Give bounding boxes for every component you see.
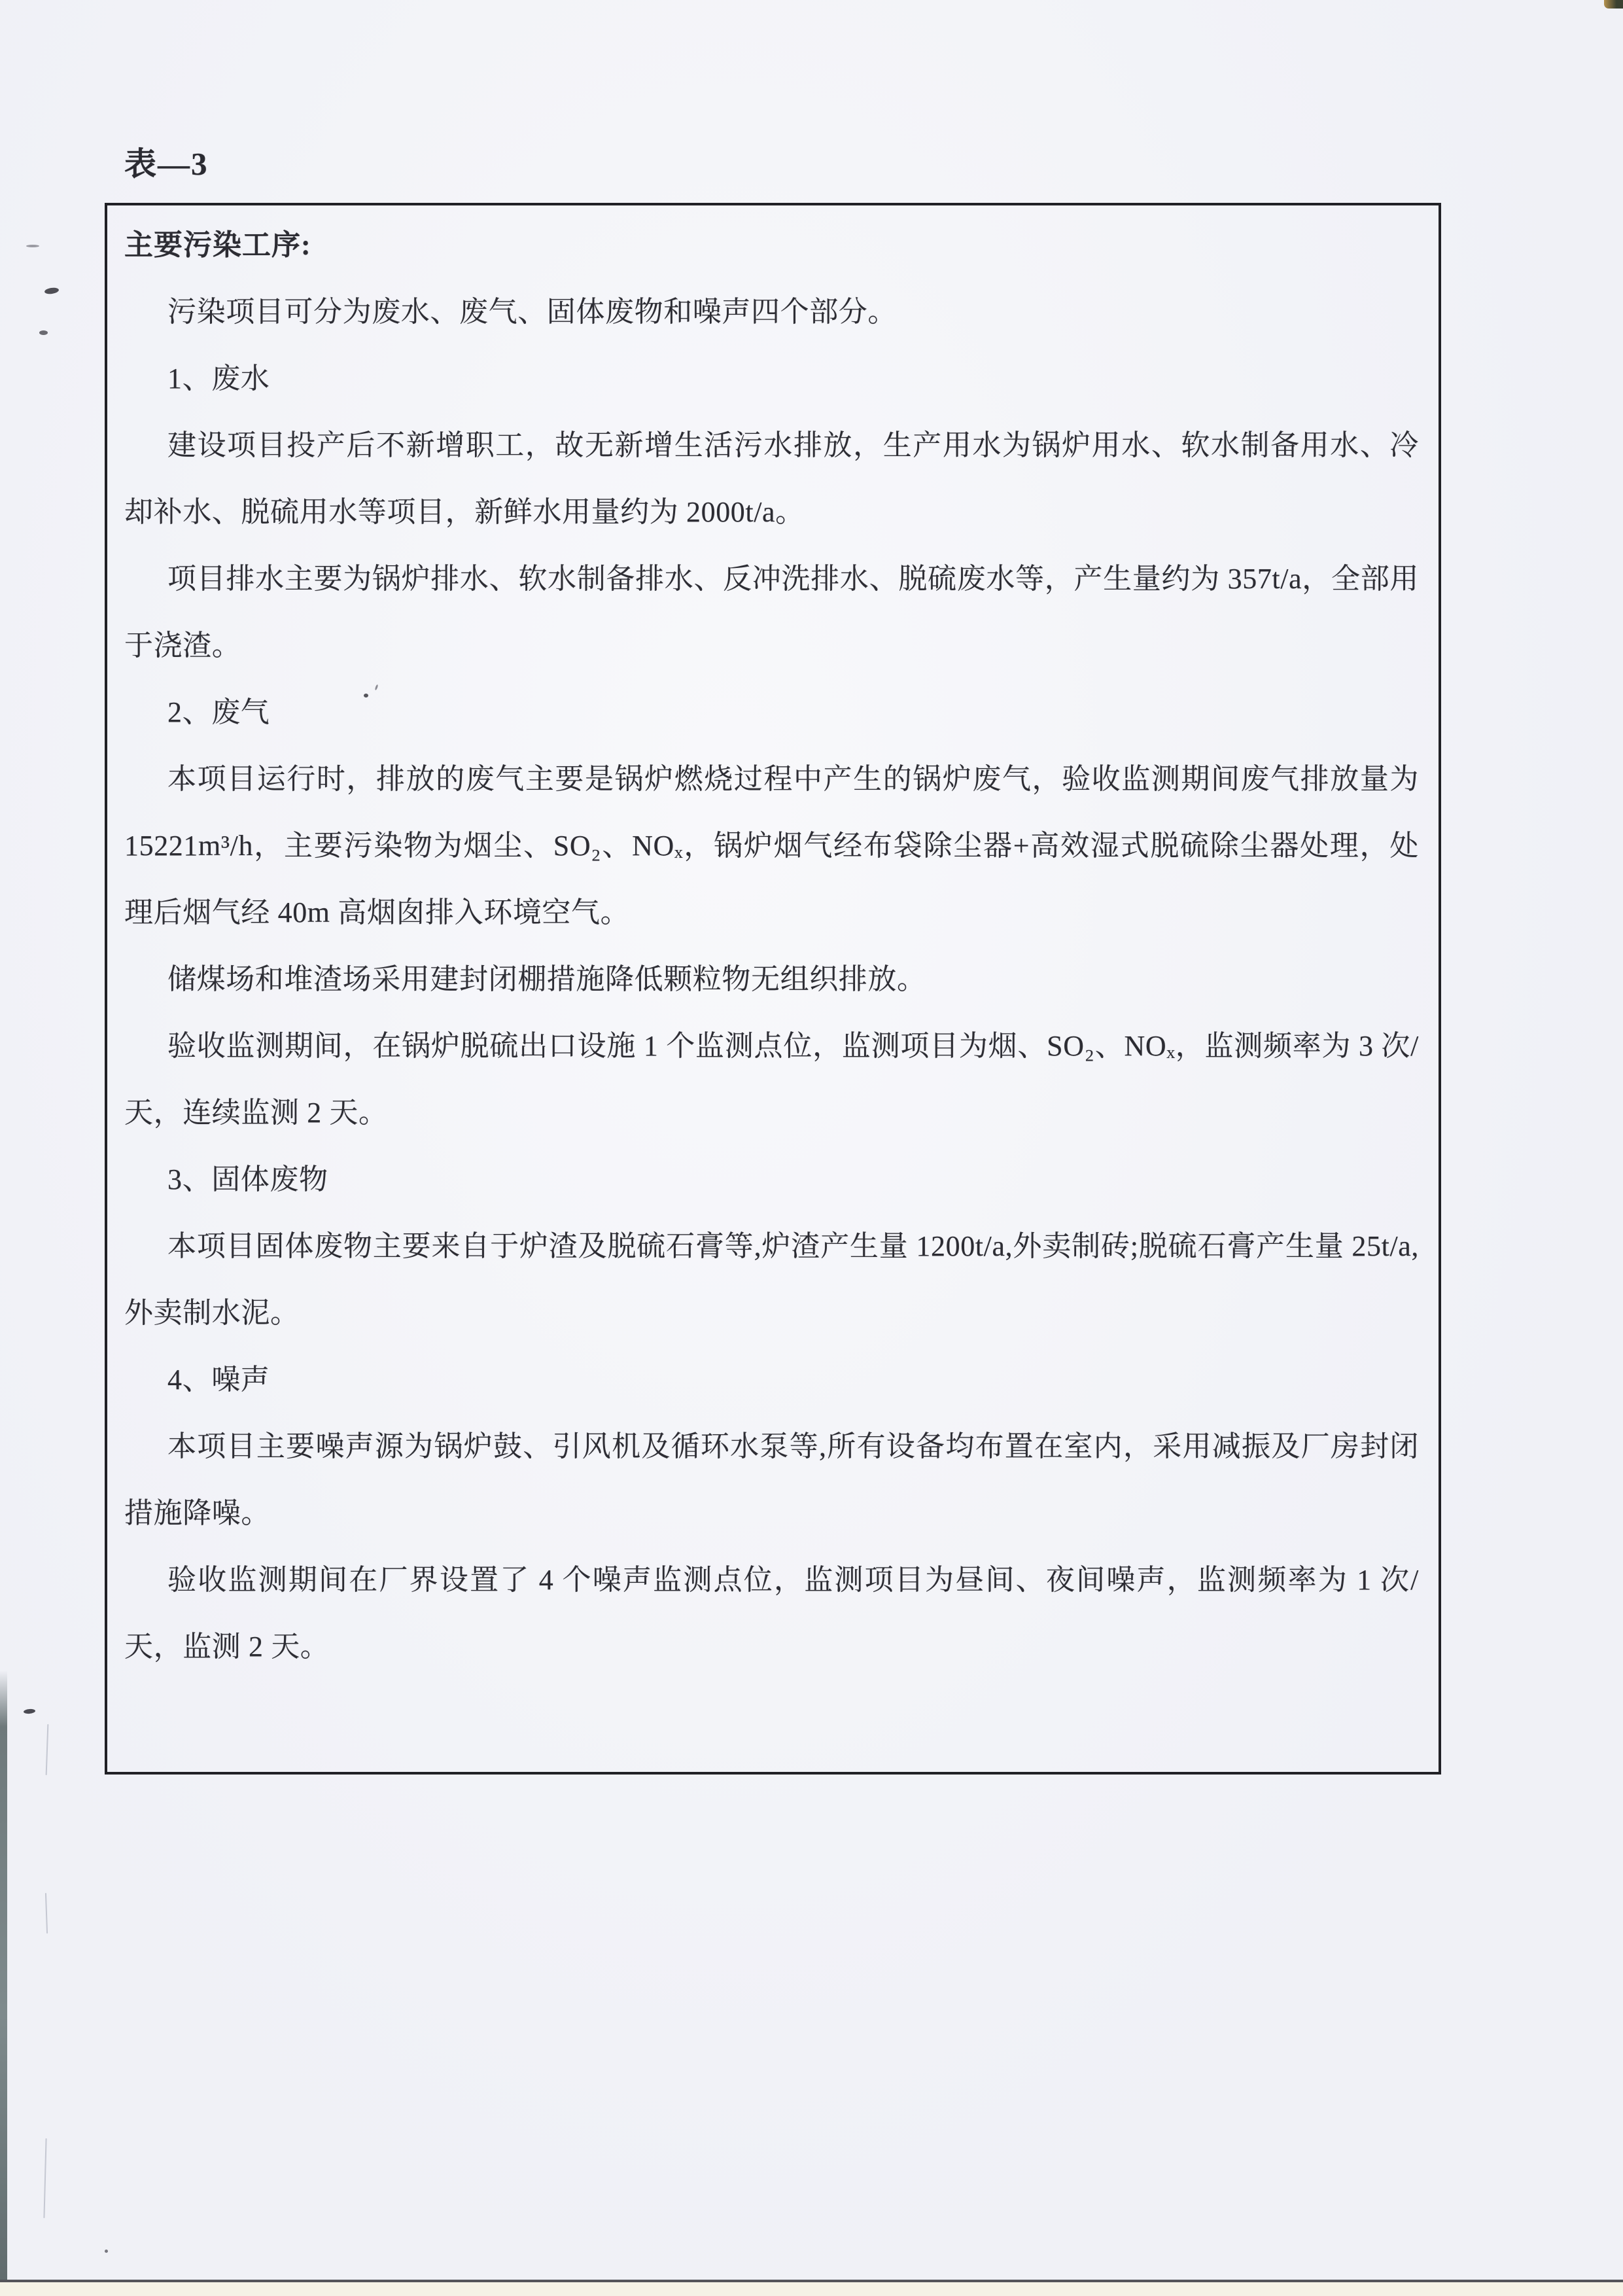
paragraph-gas-monitoring: 验收监测期间，在锅炉脱硫出口设施 1 个监测点位，监测项目为烟、SO₂、NOₓ，… xyxy=(124,1013,1419,1146)
pencil-smudge xyxy=(46,1724,49,1775)
paragraph-waste-gas-main: 本项目运行时，排放的废气主要是锅炉燃烧过程中产生的锅炉废气，验收监测期间废气排放… xyxy=(124,746,1419,946)
pencil-smudge xyxy=(45,1893,48,1934)
scan-edge-shadow-left xyxy=(0,1670,7,2296)
paragraph-pollution-overview: 污染项目可分为废水、废气、固体废物和噪声四个部分。 xyxy=(124,279,1419,345)
paragraph-wastewater-drainage: 项目排水主要为锅炉排水、软水制备排水、反冲洗排水、脱硫废水等，产生量约为 357… xyxy=(124,546,1419,679)
pollution-process-box: 主要污染工序: 污染项目可分为废水、废气、固体废物和噪声四个部分。 1、废水 建… xyxy=(105,203,1441,1775)
paragraph-wastewater-usage: 建设项目投产后不新增职工，故无新增生活污水排放，生产用水为锅炉用水、软水制备用水… xyxy=(124,412,1419,546)
scan-speck xyxy=(24,1708,36,1714)
paragraph-coal-yard: 储煤场和堆渣场采用建封闭棚措施降低颗粒物无组织排放。 xyxy=(124,946,1419,1013)
paragraph-noise-monitoring: 验收监测期间在厂界设置了 4 个噪声监测点位，监测项目为昼间、夜间噪声，监测频率… xyxy=(124,1547,1419,1680)
subheading-noise: 4、噪声 xyxy=(124,1347,1419,1413)
subheading-wastewater: 1、废水 xyxy=(124,345,1419,412)
subheading-solid-waste: 3、固体废物 xyxy=(124,1146,1419,1213)
scan-speck xyxy=(364,694,368,698)
pencil-smudge xyxy=(43,2138,46,2218)
scan-corner-mark xyxy=(1604,0,1623,9)
paragraph-solid-waste: 本项目固体废物主要来自于炉渣及脱硫石膏等,炉渣产生量 1200t/a,外卖制砖;… xyxy=(124,1213,1419,1347)
subheading-waste-gas: 2、废气 xyxy=(124,679,1419,746)
scanned-document-page: 表—3 主要污染工序: 污染项目可分为废水、废气、固体废物和噪声四个部分。 1、… xyxy=(0,0,1623,2296)
table-label: 表—3 xyxy=(124,139,209,185)
scan-bottom-strip xyxy=(0,2282,1623,2296)
section-heading: 主要污染工序: xyxy=(124,212,1419,279)
scan-speck xyxy=(105,2250,108,2253)
scan-speck xyxy=(26,245,39,247)
paragraph-noise-sources: 本项目主要噪声源为锅炉鼓、引风机及循环水泵等,所有设备均布置在室内，采用减振及厂… xyxy=(124,1413,1419,1547)
scan-speck xyxy=(39,330,48,335)
scan-speck xyxy=(44,287,59,295)
